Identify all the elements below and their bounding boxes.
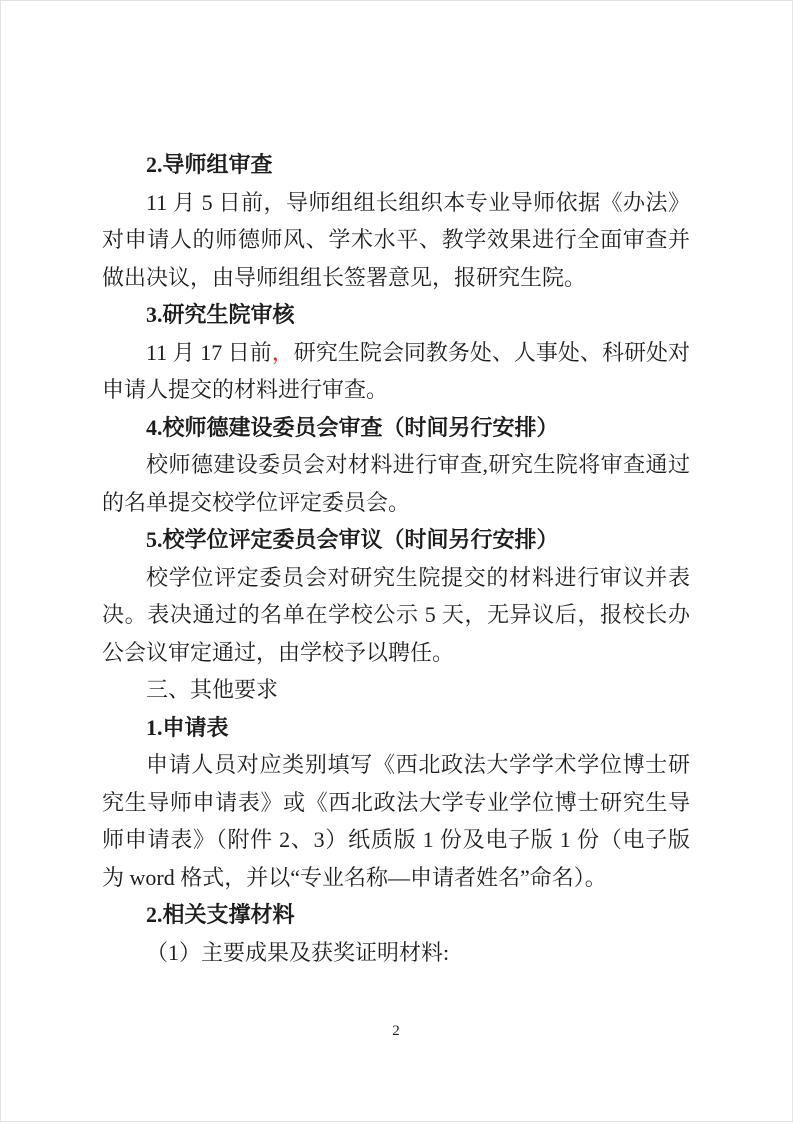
- document-page: 2.导师组审查 11 月 5 日前，导师组组长组织本专业导师依据《办法》对申请人…: [0, 0, 793, 1122]
- document-body: 2.导师组审查 11 月 5 日前，导师组组长组织本专业导师依据《办法》对申请人…: [102, 146, 690, 971]
- page-footer: 2: [102, 1020, 690, 1042]
- highlighted-red-comma: ，: [272, 340, 294, 365]
- paragraph-mentor-group-review: 11 月 5 日前，导师组组长组织本专业导师依据《办法》对申请人的师德师风、学术…: [102, 184, 690, 297]
- section-label-other-requirements: 三、其他要求: [102, 671, 690, 709]
- paragraph-ethics-committee-review: 校师德建设委员会对材料进行审查,研究生院将审查通过的名单提交校学位评定委员会。: [102, 446, 690, 521]
- paragraph-application-form: 申请人员对应类别填写《西北政法大学学术学位博士研究生导师申请表》或《西北政法大学…: [102, 746, 690, 896]
- paragraph-degree-committee-deliberation: 校学位评定委员会对研究生院提交的材料进行审议并表决。表决通过的名单在学校公示 5…: [102, 559, 690, 672]
- section-heading-ethics-committee-review: 4.校师德建设委员会审查（时间另行安排）: [102, 409, 690, 447]
- section-heading-degree-committee-deliberation: 5.校学位评定委员会审议（时间另行安排）: [102, 521, 690, 559]
- paragraph-supporting-materials-item-1: （1）主要成果及获奖证明材料:: [102, 934, 690, 972]
- document-viewer: { "page": { "number": "2", "background_c…: [0, 0, 793, 1122]
- page-number: 2: [392, 1023, 400, 1039]
- section-heading-graduate-school-review: 3.研究生院审核: [102, 296, 690, 334]
- section-heading-mentor-group-review: 2.导师组审查: [102, 146, 690, 184]
- paragraph-graduate-school-review: 11 月 17 日前，研究生院会同教务处、人事处、科研处对申请人提交的材料进行审…: [102, 334, 690, 409]
- paragraph-text-before-highlight: 11 月 17 日前: [146, 340, 272, 365]
- section-heading-supporting-materials: 2.相关支撑材料: [102, 896, 690, 934]
- section-heading-application-form: 1.申请表: [102, 709, 690, 747]
